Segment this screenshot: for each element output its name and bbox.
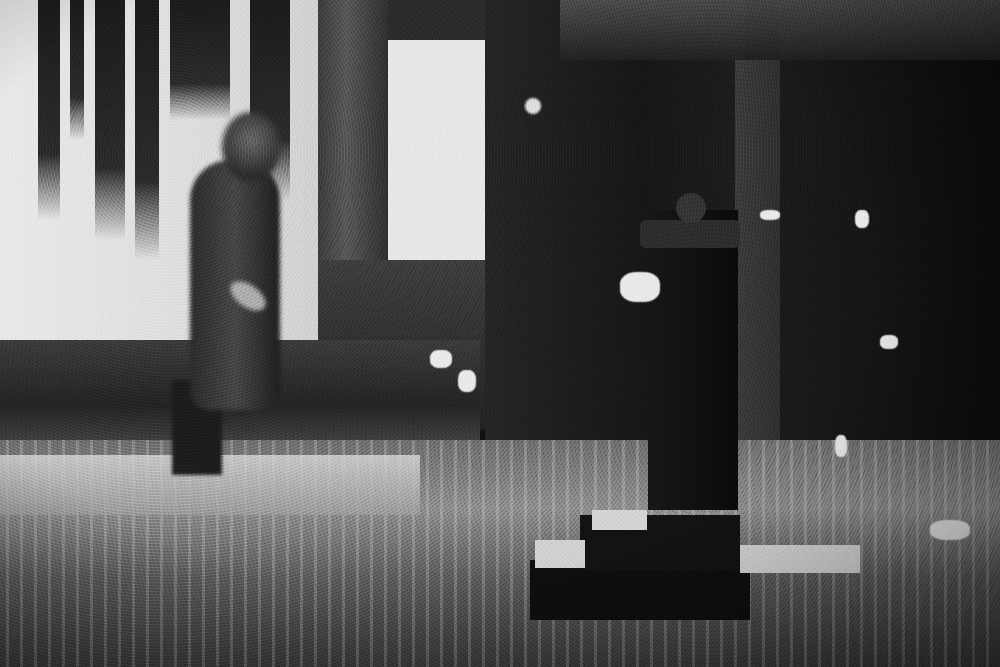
light-spot [525,98,541,114]
door-lintel [385,0,485,45]
open-doorway [380,40,485,260]
wall-streak [135,0,159,260]
light-patch [740,545,860,573]
light-fleck [620,272,660,302]
light-fleck [880,335,898,349]
water-pump [648,210,738,510]
wall-streak [38,0,60,220]
light-fleck [930,520,970,540]
photograph [0,0,1000,667]
wall-streak [170,0,230,120]
figure-head [222,112,280,182]
light-fleck [855,210,869,228]
light-fleck [458,370,476,392]
wall-streak [95,0,125,240]
water-pump-cap [640,220,740,248]
light-patch [592,510,647,530]
light-patch [535,540,585,568]
light-fleck [835,435,847,457]
water-pump-finial [676,193,706,223]
overhead-foliage [560,0,1000,60]
light-fleck [760,210,780,220]
wall-streak [70,0,84,140]
light-fleck [430,350,452,368]
